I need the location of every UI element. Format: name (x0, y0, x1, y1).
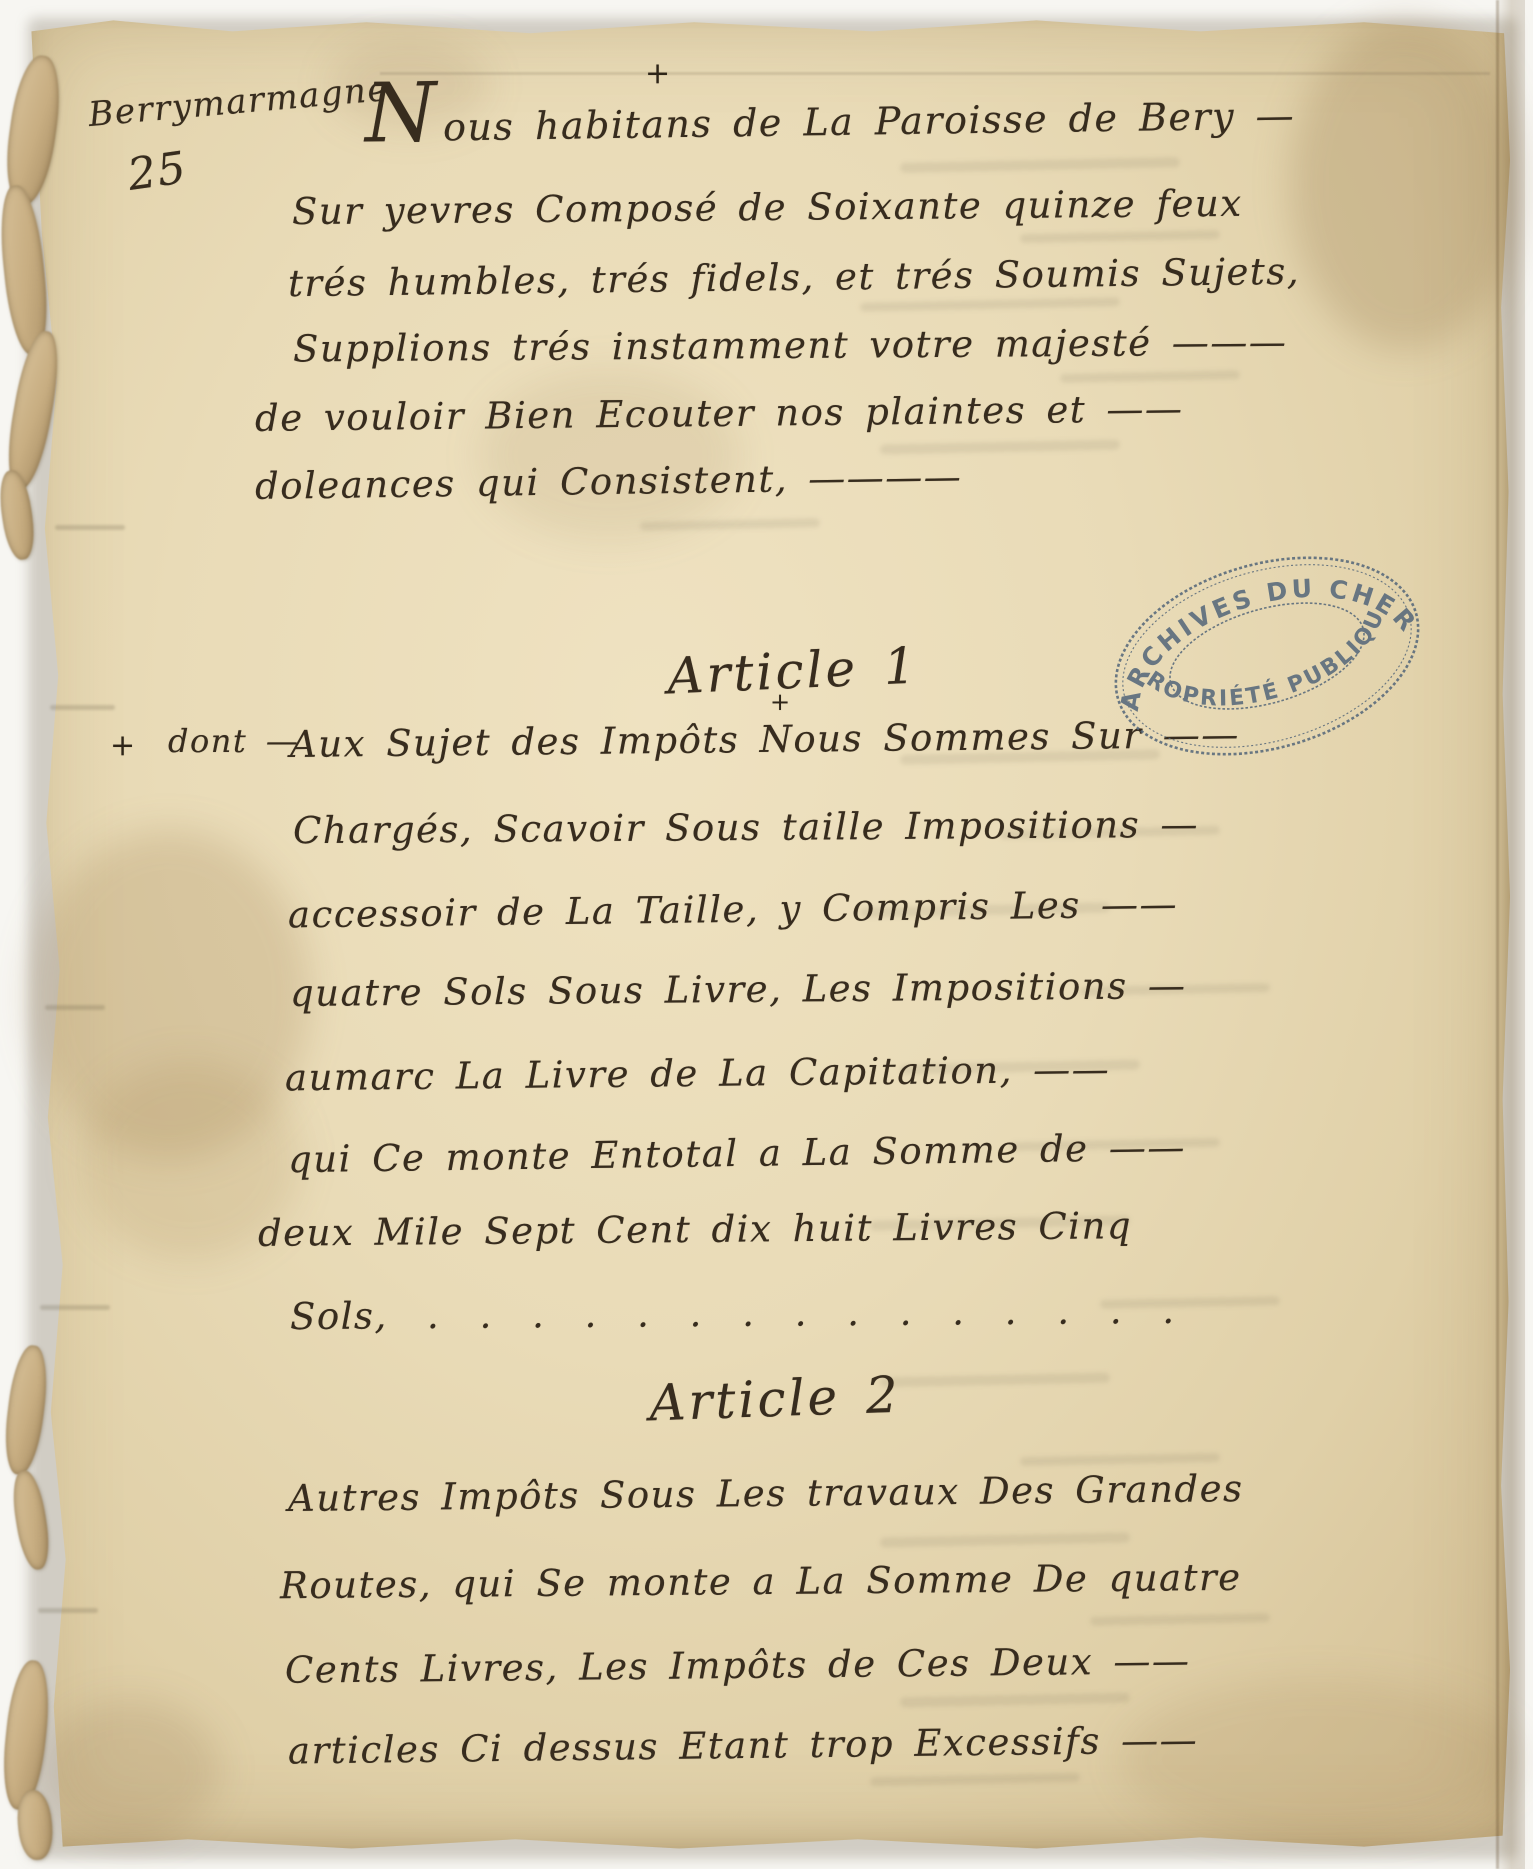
right-edge-crease (1495, 0, 1525, 1869)
top-cross-mark: + (645, 56, 672, 91)
manuscript-line: Routes, qui Se monte a La Somme De quatr… (280, 1556, 1242, 1607)
margin-ghost-dash (55, 525, 125, 530)
manuscript-line: Sols, . . . . . . . . . . . . . . . (290, 1289, 1176, 1338)
manuscript-line: Chargés, Scavoir Sous taille Impositions… (293, 803, 1199, 852)
manuscript-line: Supplions trés instamment votre majesté … (293, 321, 1288, 371)
margin-cross-mark: + (110, 728, 137, 763)
manuscript-line: Sur yevres Composé de Soixante quinze fe… (292, 182, 1243, 233)
manuscript-line: deux Mile Sept Cent dix huit Livres Cinq (258, 1204, 1132, 1255)
margin-note: dont — (168, 722, 299, 760)
scanned-manuscript: { "document": { "corner_annotation": "Be… (0, 0, 1533, 1869)
margin-ghost-dash (40, 1305, 110, 1310)
margin-ghost-dash (45, 1005, 105, 1010)
paper-stain (40, 1700, 220, 1840)
margin-ghost-dash (38, 1608, 98, 1613)
insertion-cross-mark: + (770, 688, 792, 716)
right-fold-line (1496, 0, 1499, 1869)
paper-stain (1290, 20, 1520, 350)
manuscript-line: quatre Sols Sous Livre, Les Impositions … (290, 964, 1187, 1015)
manuscript-line: aumarc La Livre de La Capitation, —— (285, 1048, 1111, 1100)
page-number: 25 (125, 142, 191, 201)
margin-ghost-dash (50, 705, 115, 710)
ghost-ruling-line (380, 72, 1490, 75)
